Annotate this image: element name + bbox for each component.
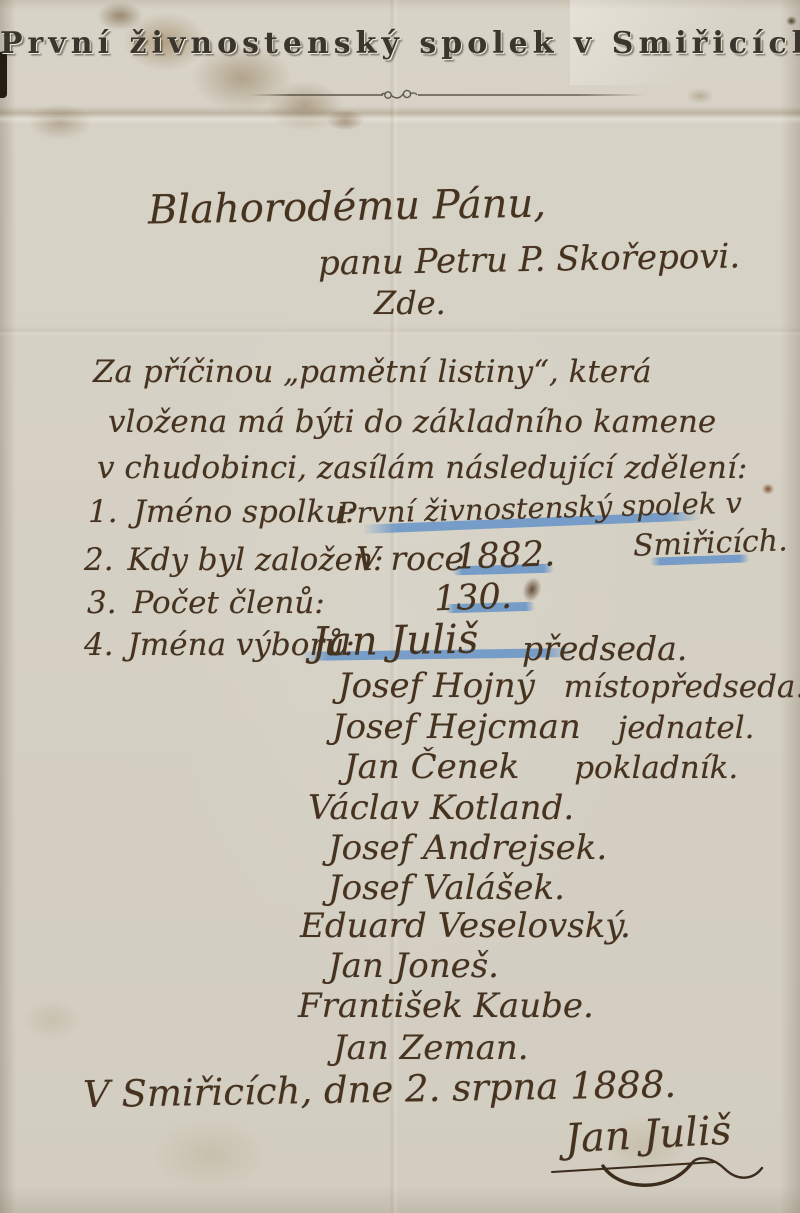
member-name: František Kaube. xyxy=(298,986,594,1026)
item-2-question: 2. Kdy byl založen: xyxy=(84,542,383,578)
stain xyxy=(786,16,797,26)
body-line: vložena má býti do základního kamene xyxy=(108,404,716,440)
item-number: 4. xyxy=(84,627,114,663)
member-role: pokladník. xyxy=(574,750,738,786)
item-number: 3. xyxy=(87,585,117,621)
member-name: Josef Valášek. xyxy=(328,868,565,908)
letterhead-title: První živnostenský spolek v Smiřicích. xyxy=(0,26,800,61)
member-name: Josef Hejcman xyxy=(332,707,581,747)
member-name: Jan Zeman. xyxy=(333,1028,529,1068)
divider-rule-left xyxy=(250,94,383,96)
letterhead-divider xyxy=(250,86,645,104)
scroll-ornament-icon xyxy=(380,86,418,104)
horizontal-fold-crease xyxy=(0,326,800,336)
ink-smudge xyxy=(520,575,545,604)
item-1-question: 1. Jméno spolku: xyxy=(88,494,356,530)
signature-flourish xyxy=(548,1150,768,1198)
item-label: Počet členů: xyxy=(132,585,324,621)
member-name: Jan Joneš. xyxy=(328,946,499,986)
item-1-answer-carryover: Smiřicích. xyxy=(632,523,788,563)
committee-row: Václav Kotland. xyxy=(308,788,574,828)
item-3-question: 3. Počet členů: xyxy=(87,585,325,621)
item-number: 2. xyxy=(84,542,114,578)
member-name: Eduard Veselovský. xyxy=(300,906,631,946)
item-2-answer-prefix: V roce xyxy=(356,539,464,578)
item-4-answer: Jan Juliš xyxy=(312,617,479,666)
member-name: Václav Kotland. xyxy=(308,788,574,828)
item-4-answer-role: předseda. xyxy=(522,629,687,668)
member-name: Josef Hojný xyxy=(338,666,535,706)
divider-rule-right xyxy=(418,94,645,96)
member-role: jednatel. xyxy=(618,710,755,746)
body-line: v chudobinci, zasílám následující zdělen… xyxy=(97,450,747,486)
committee-row: Josef Hojný místopředseda. xyxy=(338,666,800,706)
committee-row: Josef Andrejsek. xyxy=(328,828,607,868)
committee-row: Eduard Veselovský. xyxy=(300,906,631,946)
item-label: Kdy byl založen: xyxy=(127,542,383,578)
committee-row: Josef Hejcman jednatel. xyxy=(332,707,754,747)
address-place-line: Zde. xyxy=(374,284,446,322)
committee-row: Jan Joneš. xyxy=(328,946,499,986)
addressee-line: panu Petru P. Skořepovi. xyxy=(318,236,741,283)
item-label: Jméno spolku: xyxy=(133,494,355,530)
committee-row: František Kaube. xyxy=(298,986,594,1026)
dateline: V Smiřicích, dne 2. srpna 1888. xyxy=(83,1063,677,1116)
committee-row: Jan Čenek pokladník. xyxy=(344,747,738,787)
item-3-answer: 130. xyxy=(433,577,512,620)
salutation-line: Blahorodému Pánu, xyxy=(148,181,547,234)
committee-row: Josef Valášek. xyxy=(328,868,565,908)
body-line: Za příčinou „pamětní listiny“, která xyxy=(93,354,652,390)
member-name: Jan Čenek xyxy=(344,747,519,787)
member-name: Josef Andrejsek. xyxy=(328,828,607,868)
scanned-letter-page: První živnostenský spolek v Smiřicích. B… xyxy=(0,0,800,1213)
committee-row: Jan Zeman. xyxy=(333,1028,529,1068)
member-role: místopředseda. xyxy=(564,669,800,705)
item-number: 1. xyxy=(88,494,118,530)
item-2-answer: 1882. xyxy=(454,534,556,577)
horizontal-fold-crease xyxy=(0,106,800,124)
